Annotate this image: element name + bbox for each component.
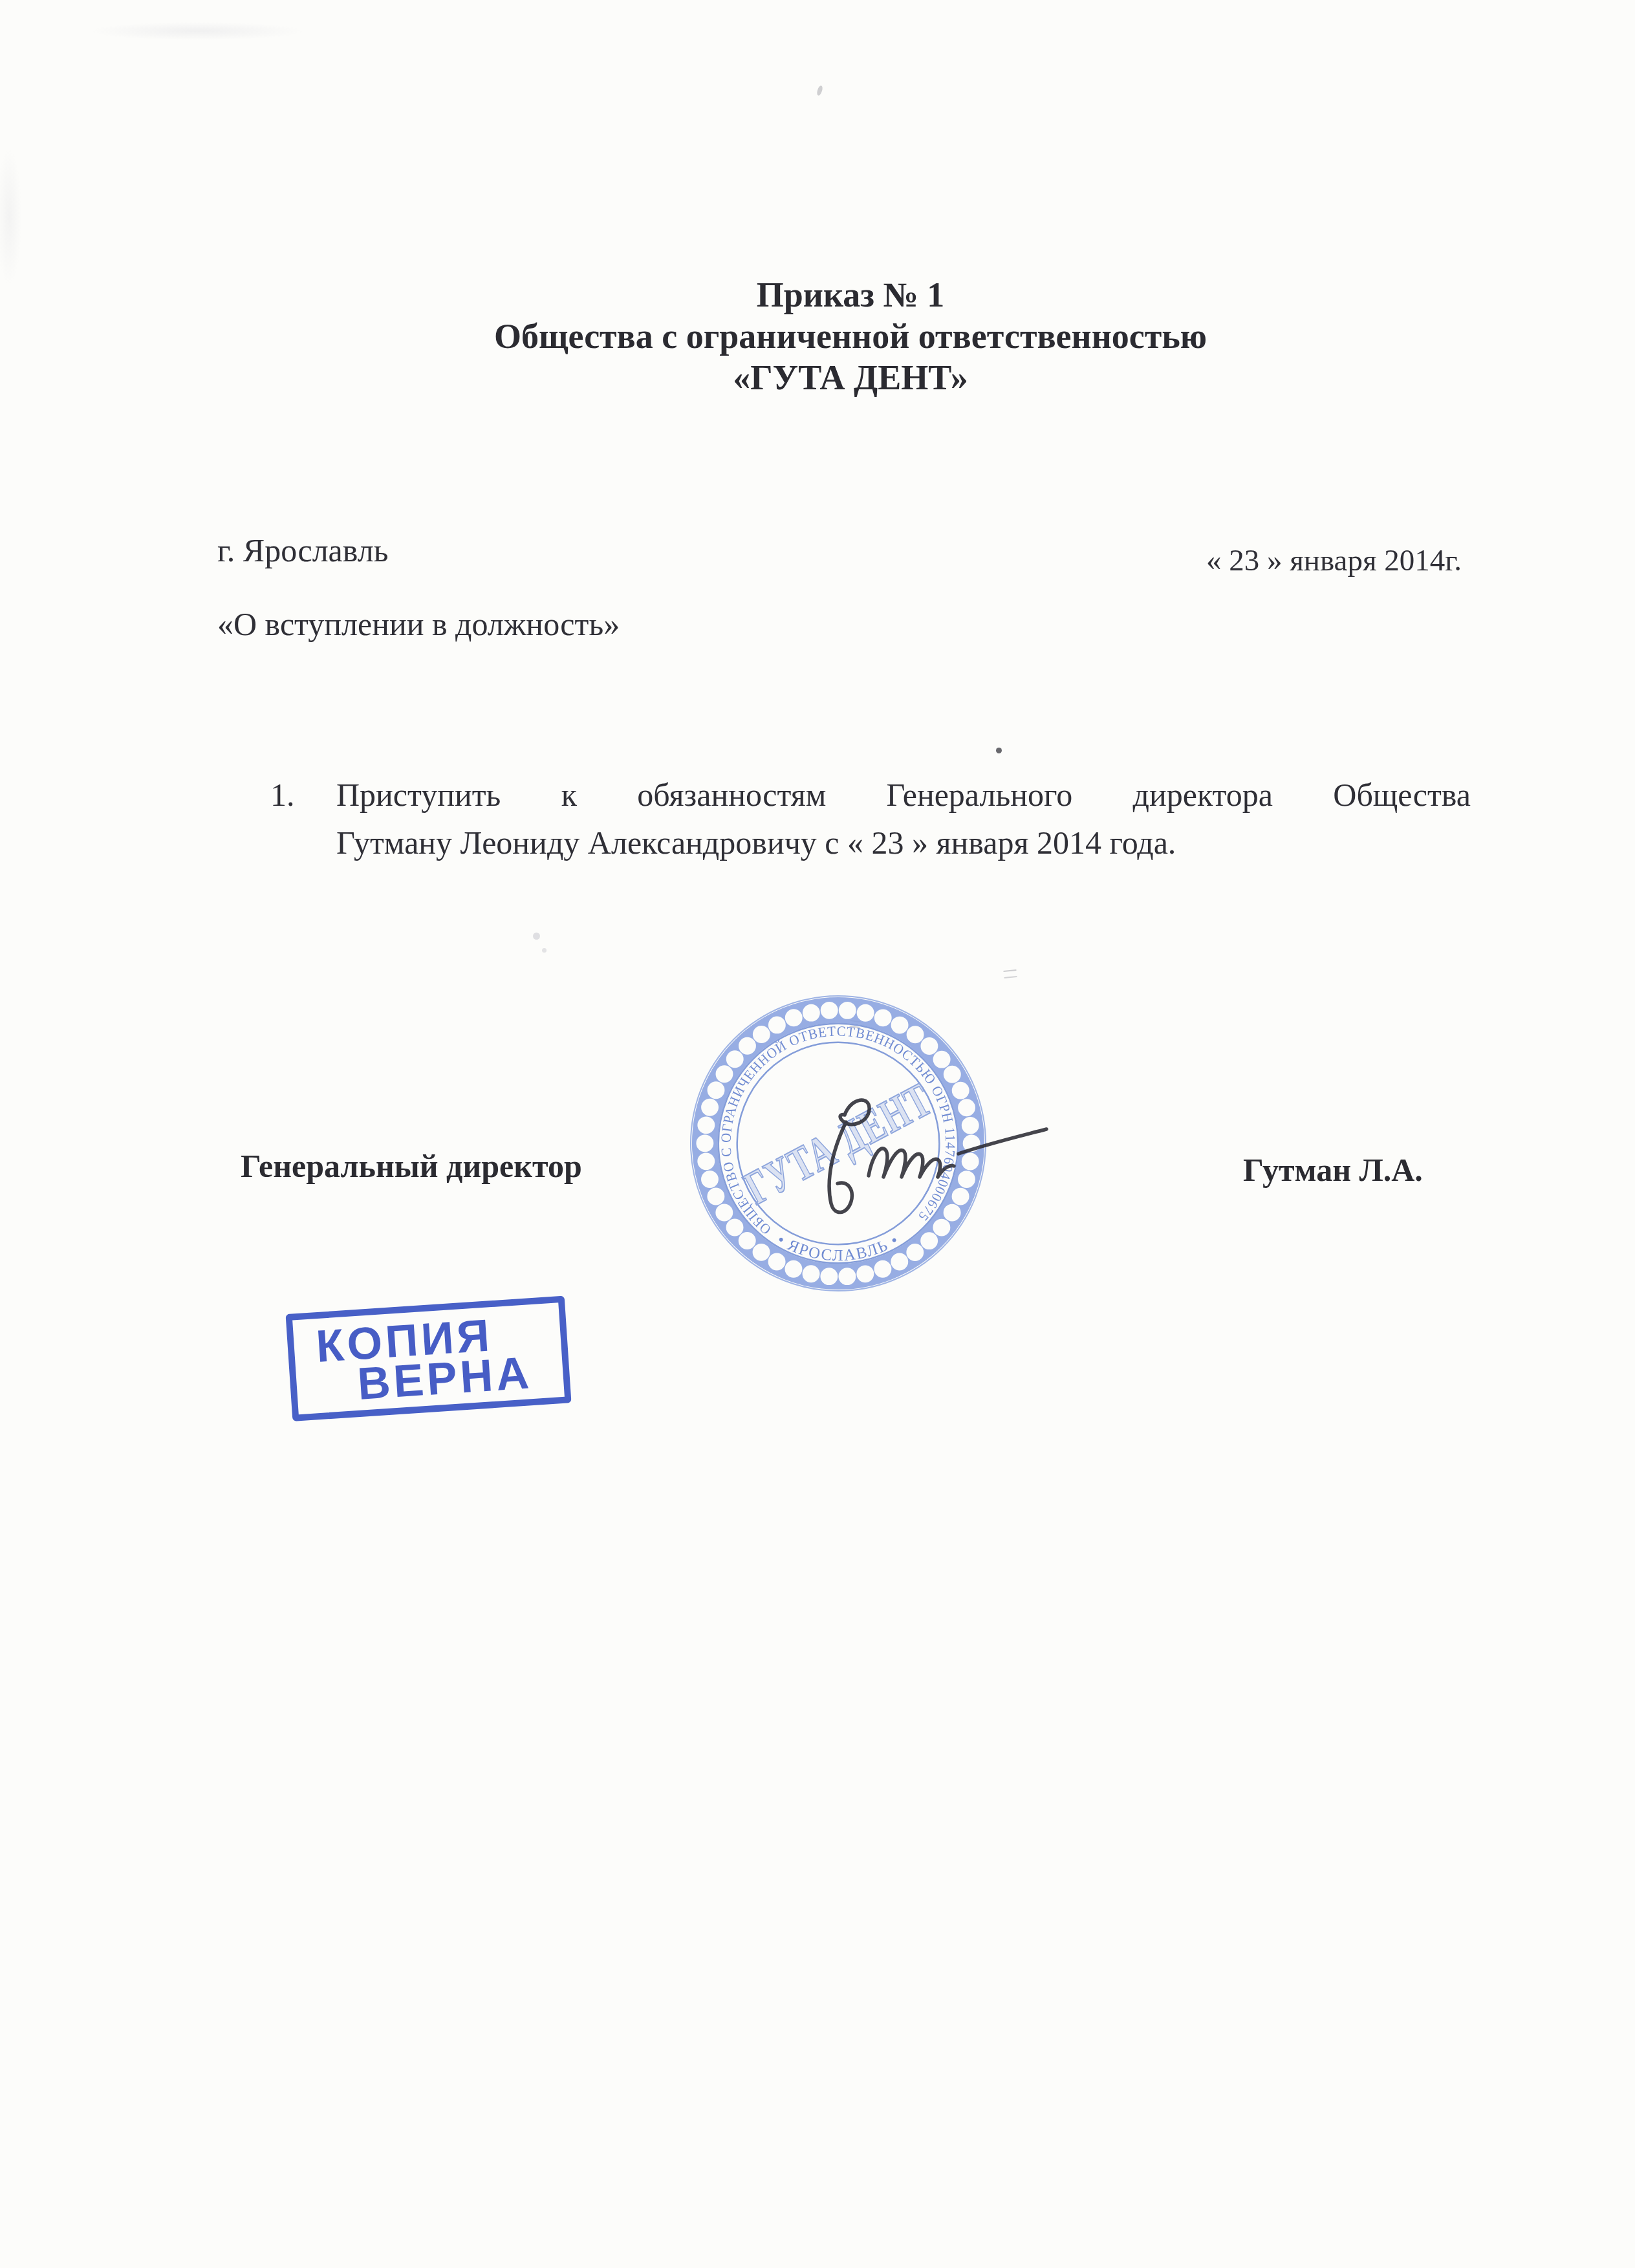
signature-flourish-dash	[958, 1129, 1046, 1154]
document-city: г. Ярославль	[217, 532, 389, 569]
signature-ink-graphic	[736, 1042, 1066, 1237]
scanned-document-page: Приказ № 1 Общества с ограниченной ответ…	[0, 0, 1635, 2268]
title-line-company-type: Общества с ограниченной ответственностью	[220, 316, 1481, 357]
scan-speckle	[816, 85, 824, 96]
scan-speckle	[1003, 969, 1017, 978]
order-item-line2: Гутману Леониду Александровичу с « 23 » …	[336, 819, 1471, 867]
order-item: 1. Приступить к обязанностям Генеральног…	[270, 771, 1471, 867]
signatory-name: Гутман Л.А.	[1243, 1151, 1423, 1189]
title-line-company-name: «ГУТА ДЕНТ»	[220, 357, 1481, 398]
signatory-role: Генеральный директор	[241, 1147, 582, 1185]
copy-stamp-line2: ВЕРНА	[356, 1350, 564, 1404]
copy-verified-stamp: КОПИЯ ВЕРНА	[285, 1296, 571, 1421]
handwritten-signature	[736, 1042, 1066, 1237]
document-date: « 23 » января 2014г.	[1206, 543, 1462, 578]
scan-speckle	[533, 933, 540, 940]
document-title-block: Приказ № 1 Общества с ограниченной ответ…	[220, 274, 1481, 398]
order-item-line1: Приступить к обязанностям Генерального д…	[336, 771, 1471, 819]
scan-smudge	[91, 22, 304, 40]
title-line-order-number: Приказ № 1	[220, 274, 1481, 316]
order-item-number: 1.	[270, 771, 336, 867]
document-subject: «О вступлении в должность»	[217, 605, 620, 643]
signature-letters-stroke	[869, 1149, 954, 1177]
scan-speckle	[996, 748, 1002, 753]
signature-initial-stroke	[829, 1100, 869, 1213]
scan-smudge	[0, 149, 22, 285]
order-item-text: Приступить к обязанностям Генерального д…	[336, 771, 1471, 867]
